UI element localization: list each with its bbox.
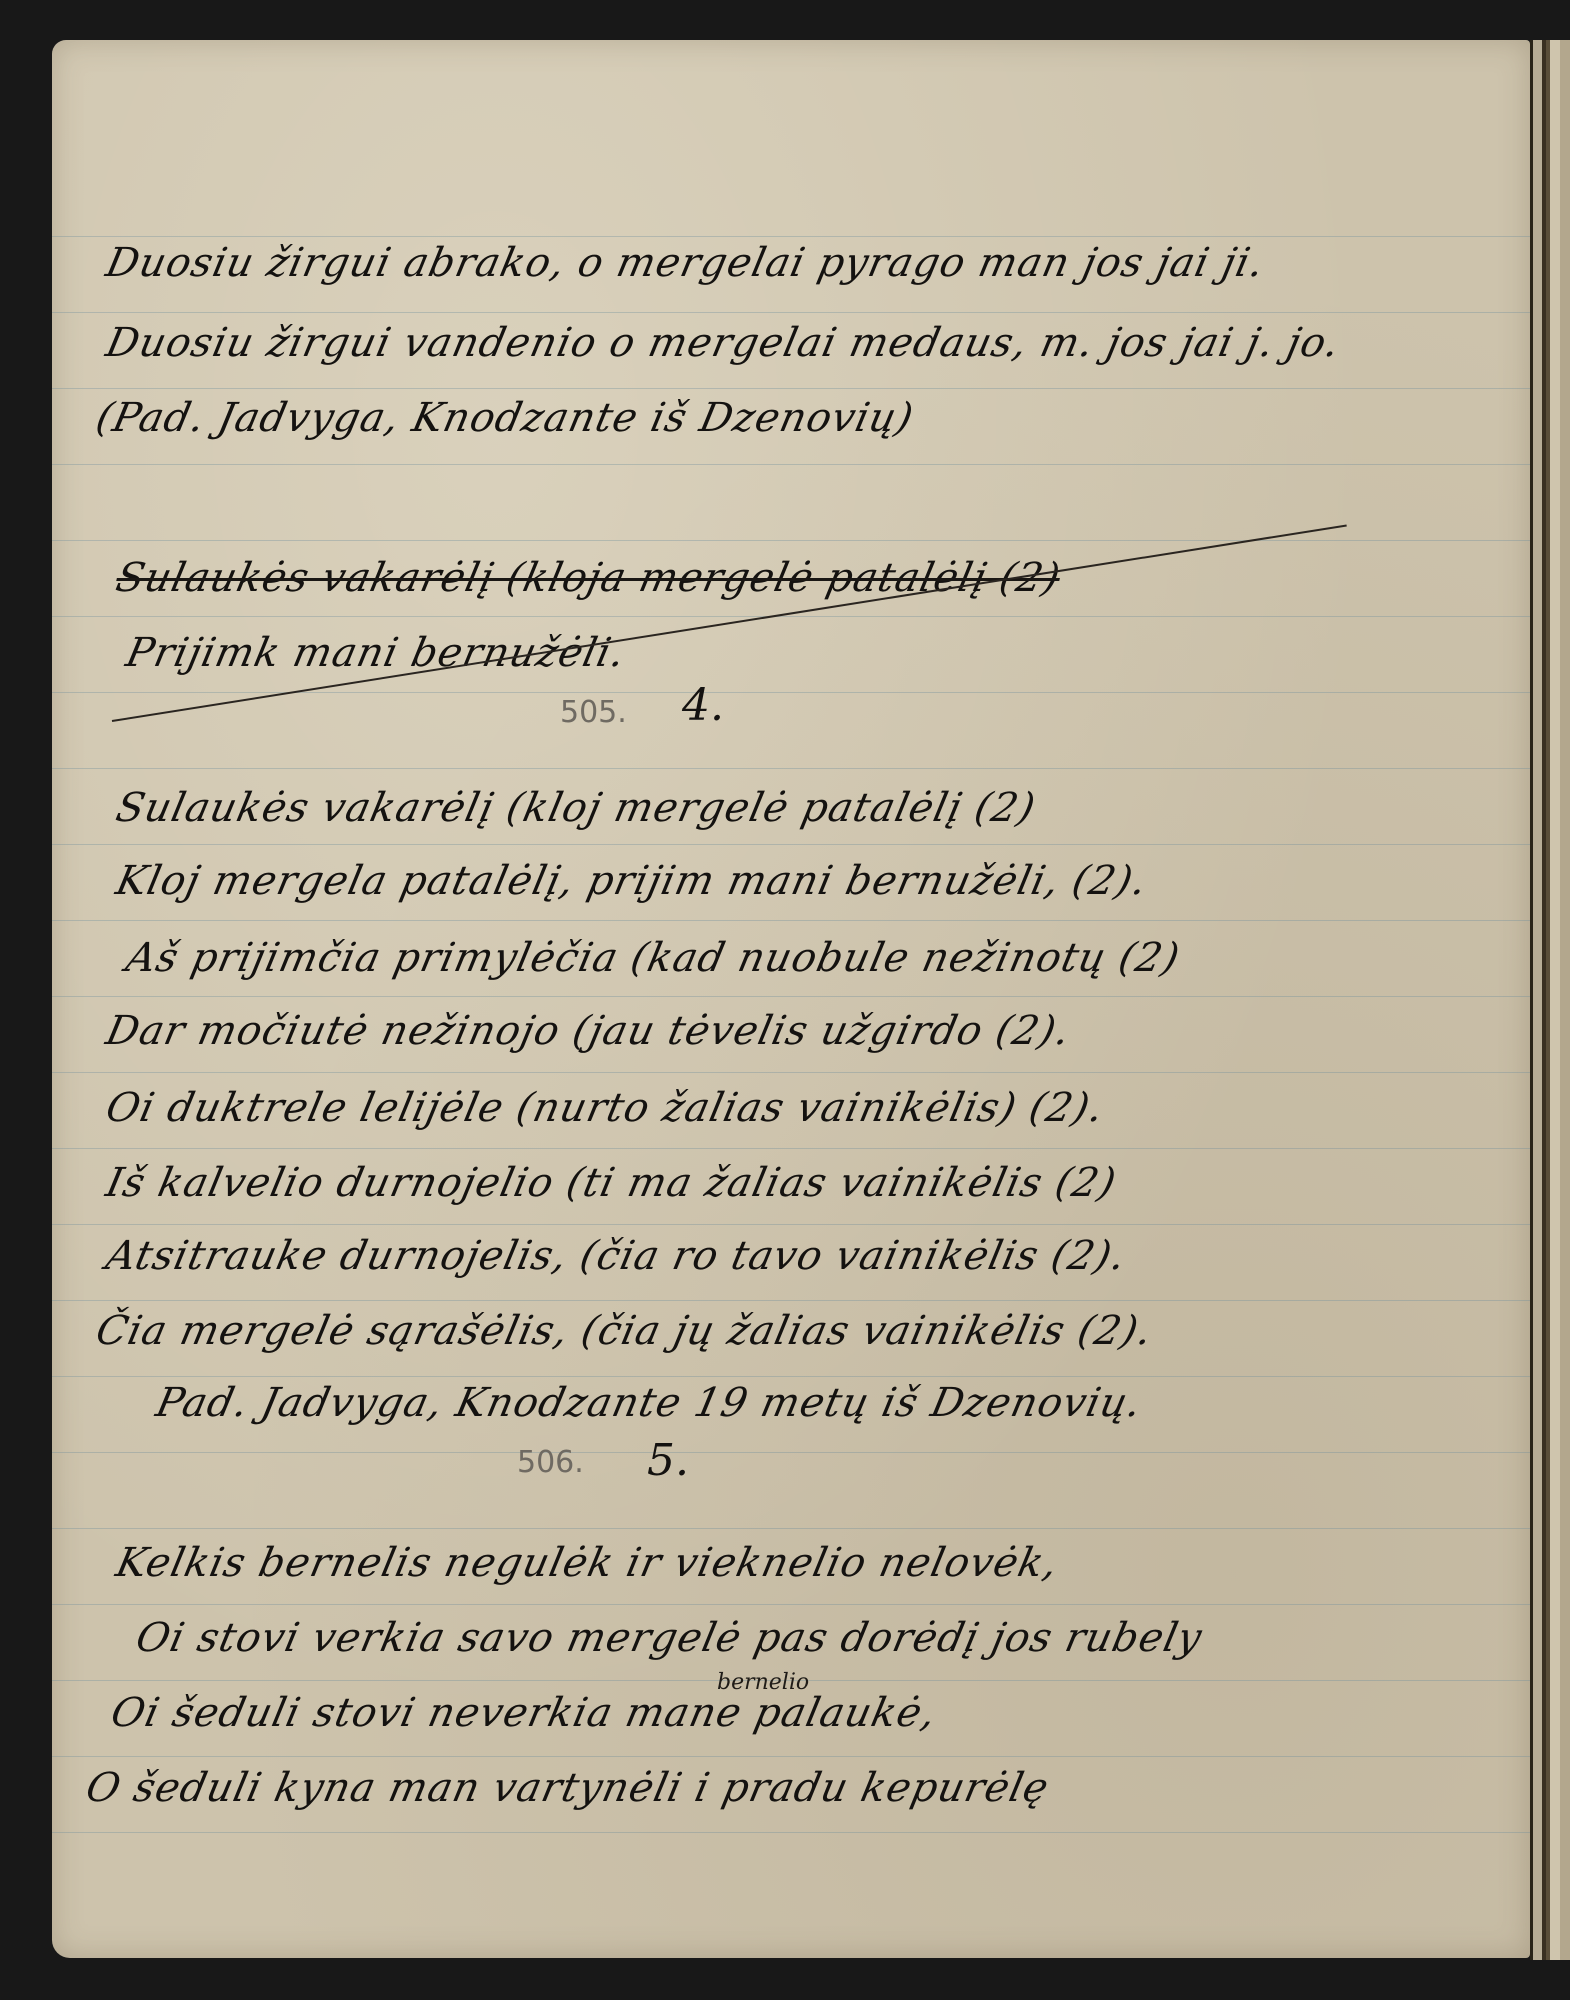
ruled-line (52, 312, 1530, 313)
ruled-line (52, 996, 1530, 997)
song-number: 4. (682, 680, 724, 731)
ruled-line (52, 1832, 1530, 1833)
ruled-line (52, 464, 1530, 465)
verse-line: Kloj mergela patalėlį, prijim mani bernu… (112, 858, 1151, 904)
ruled-line (52, 616, 1530, 617)
ruled-line (52, 768, 1530, 769)
verse-line: Iš kalvelio durnojelio (ti ma žalias vai… (102, 1160, 1121, 1206)
ruled-line (52, 1604, 1530, 1605)
ruled-line (52, 1224, 1530, 1225)
ruled-line (52, 1528, 1530, 1529)
pencil-catalog-number: 506. (517, 1445, 584, 1480)
verse-line: O šeduli kyna man vartynėli i pradu kepu… (82, 1765, 1053, 1811)
verse-line: Atsitrauke durnojelis, (čia ro tavo vain… (102, 1233, 1130, 1279)
struck-line-1: Sulaukės vakarėlį (kloja mergelė patalėl… (112, 555, 1065, 601)
ruled-line (52, 236, 1530, 237)
verse-line: Sulaukės vakarėlį (kloj mergelė patalėlį… (112, 785, 1040, 831)
verse-line: Kelkis bernelis negulėk ir vieknelio nel… (112, 1540, 1062, 1586)
pencil-catalog-number: 505. (560, 695, 627, 730)
ruled-line (52, 1376, 1530, 1377)
notebook-page: Duosiu žirgui abrako, o mergelai pyrago … (52, 40, 1530, 1958)
ruled-line (52, 1756, 1530, 1757)
ruled-line (52, 692, 1530, 693)
attribution: Pad. Jadvyga, Knodzante 19 metų iš Dzeno… (152, 1380, 1146, 1426)
song-number: 5. (647, 1435, 689, 1486)
ruled-line (52, 388, 1530, 389)
ruled-line (52, 1300, 1530, 1301)
top-line-2: Duosiu žirgui vandenio o mergelai medaus… (102, 320, 1344, 366)
ruled-line (52, 540, 1530, 541)
ruled-line (52, 1148, 1530, 1149)
struck-line-2: Prijimk mani bernužėli. (122, 630, 630, 676)
verse-line: Dar močiutė nežinojo (jau tėvelis užgird… (102, 1008, 1075, 1054)
ruled-line (52, 844, 1530, 845)
top-attribution: (Pad. Jadvyga, Knodzante iš Dzenovių) (92, 395, 918, 441)
scanned-manuscript: Duosiu žirgui abrako, o mergelai pyrago … (0, 0, 1570, 2000)
ruled-line (52, 1072, 1530, 1073)
verse-line: Čia mergelė sąrašėlis, (čia jų žalias va… (92, 1308, 1157, 1354)
ruled-line (52, 920, 1530, 921)
top-line-1: Duosiu žirgui abrako, o mergelai pyrago … (102, 240, 1269, 286)
notebook-binding-edge (1530, 40, 1570, 1960)
ruled-line (52, 1452, 1530, 1453)
verse-line: Oi šeduli stovi neverkia mane palaukė, (107, 1690, 941, 1736)
verse-line: Oi stovi verkia savo mergelė pas dorėdį … (132, 1615, 1206, 1661)
verse-line: Aš prijimčia primylėčia (kad nuobule než… (122, 935, 1184, 981)
verse-line: Oi duktrele lelijėle (nurto žalias vaini… (102, 1085, 1108, 1131)
